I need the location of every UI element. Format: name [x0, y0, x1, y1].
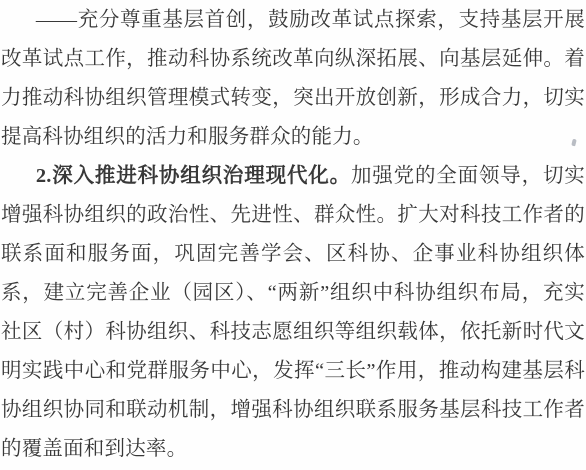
paragraph-lead-bold: 2.深入推进科协组织治理现代化。 — [36, 165, 351, 187]
paragraph-governance-modernization: 2.深入推进科协组织治理现代化。加强党的全面领导，切实增强科协组织的政治性、先进… — [1, 157, 585, 469]
document-page: ——充分尊重基层首创，鼓励改革试点探索，支持基层开展改革试点工作，推动科协系统改… — [0, 0, 586, 470]
paragraph-text: 加强党的全面领导，切实增强科协组织的政治性、先进性、群众性。扩大对科技工作者的联… — [1, 165, 585, 460]
paragraph-basic-level-reform: ——充分尊重基层首创，鼓励改革试点探索，支持基层开展改革试点工作，推动科协系统改… — [1, 1, 585, 157]
paragraph-text: ——充分尊重基层首创，鼓励改革试点探索，支持基层开展改革试点工作，推动科协系统改… — [1, 9, 585, 148]
